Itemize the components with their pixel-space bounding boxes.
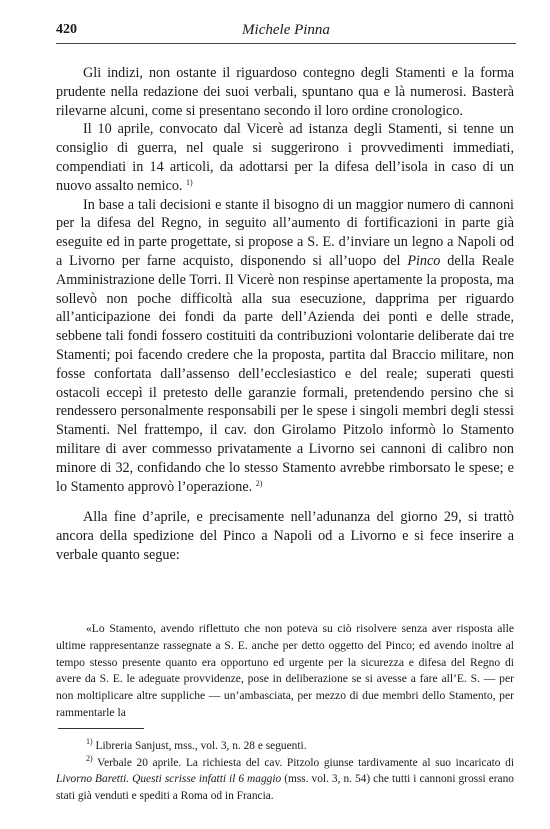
paragraph-3-text-b: della Reale Amministrazione delle Torri.… xyxy=(56,253,514,495)
italic-pinco: Pinco xyxy=(407,253,440,269)
paragraph-4-text: Alla fine d’aprile, e precisamente nell’… xyxy=(56,509,514,563)
paragraph-2: Il 10 aprile, convocato dal Vicerè ad is… xyxy=(56,120,514,195)
paragraph-2-text: Il 10 aprile, convocato dal Vicerè ad is… xyxy=(56,121,514,193)
running-head-author: Michele Pinna xyxy=(56,22,516,39)
body-text: Gli indizi, non ostante il riguardoso co… xyxy=(56,64,514,565)
page-header: 420 Michele Pinna xyxy=(56,22,516,42)
footnote-2-italic: Livorno Baretti. Questi scrisse infatti … xyxy=(56,773,281,785)
paragraph-4: Alla fine d’aprile, e precisamente nell’… xyxy=(56,508,514,564)
footnote-1: 1) Libreria Sanjust, mss., vol. 3, n. 28… xyxy=(56,738,514,755)
quote-text: «Lo Stamento, avendo riflettuto che non … xyxy=(56,621,514,722)
footnote-2-mark: 2) xyxy=(86,754,93,763)
footnote-rule xyxy=(58,728,144,729)
document-page: 420 Michele Pinna Gli indizi, non ostant… xyxy=(0,0,550,829)
paragraph-3: In base a tali decisioni e stante il bis… xyxy=(56,196,514,497)
footnote-ref-2[interactable]: 2) xyxy=(256,479,263,488)
footnotes: 1) Libreria Sanjust, mss., vol. 3, n. 28… xyxy=(56,738,514,804)
footnote-1-text: Libreria Sanjust, mss., vol. 3, n. 28 e … xyxy=(96,740,307,752)
block-quote: «Lo Stamento, avendo riflettuto che non … xyxy=(56,621,514,722)
footnote-ref-1[interactable]: 1) xyxy=(186,178,193,187)
header-rule xyxy=(56,43,516,44)
footnote-2-text-a: Verbale 20 aprile. La richiesta del cav.… xyxy=(97,757,514,769)
paragraph-1-text: Gli indizi, non ostante il riguardoso co… xyxy=(56,65,514,119)
footnote-2: 2) Verbale 20 aprile. La richiesta del c… xyxy=(56,755,514,805)
footnote-1-mark: 1) xyxy=(86,737,93,746)
paragraph-1: Gli indizi, non ostante il riguardoso co… xyxy=(56,64,514,120)
